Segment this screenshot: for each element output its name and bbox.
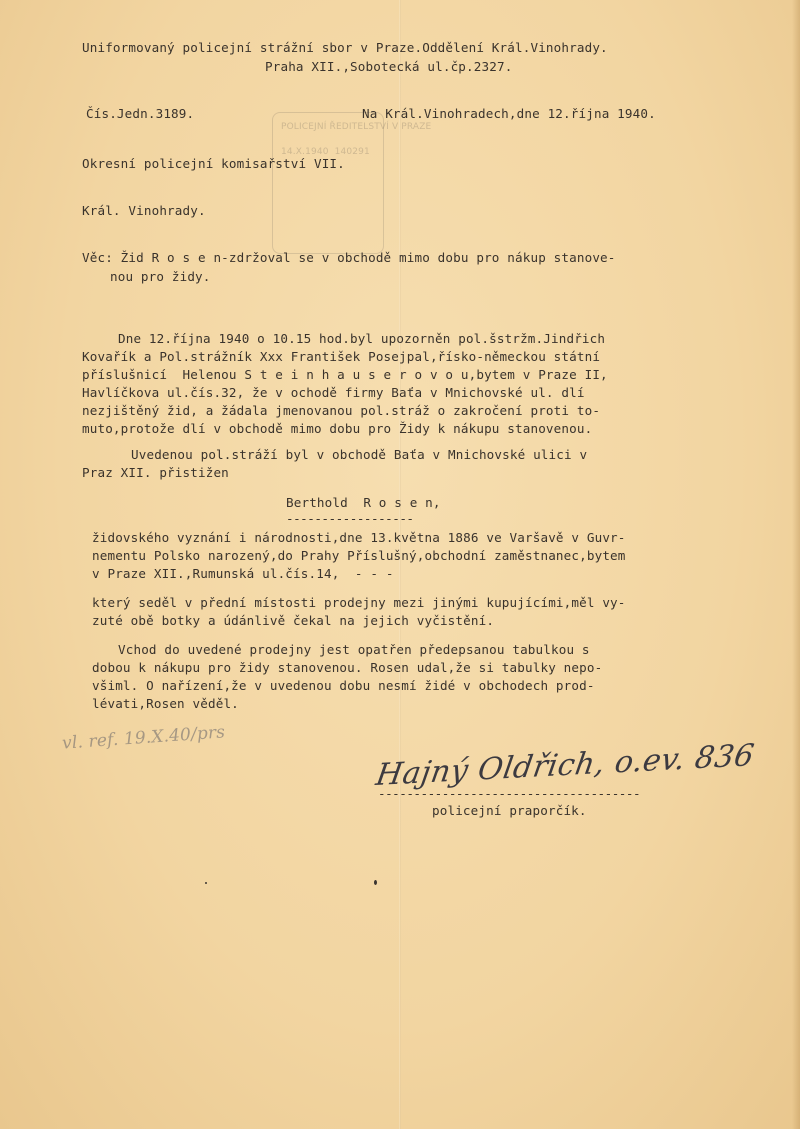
header-line-2: Praha XII.,Sobotecká ul.čp.2327.: [265, 61, 512, 74]
document-page: POLICEJNÍ ŘEDITELSTVÍ V PRAZE 14.X.1940 …: [0, 0, 800, 1129]
reference-number: Čís.Jedn.3189.: [86, 108, 194, 121]
paragraph5-line: Vchod do uvedené prodejny jest opatřen p…: [118, 644, 590, 657]
paragraph4-line: který seděl v přední místosti prodejny m…: [92, 597, 626, 610]
paper-fold: [399, 0, 401, 1129]
ink-spot: [374, 880, 377, 885]
ink-spot: [205, 882, 207, 884]
paragraph5-line: dobou k nákupu pro židy stanovenou. Rose…: [92, 662, 602, 675]
paper-edge: [792, 0, 800, 1129]
stamp-text: POLICEJNÍ ŘEDITELSTVÍ V PRAZE 14.X.1940 …: [281, 121, 377, 159]
paragraph1-line: Dne 12.října 1940 o 10.15 hod.byl upozor…: [118, 333, 605, 346]
place-date: Na Král.Vinohradech,dne 12.října 1940.: [362, 108, 656, 121]
paragraph3-line: židovského vyznání i národnosti,dne 13.k…: [92, 532, 626, 545]
paragraph5-line: lévati,Rosen věděl.: [92, 698, 239, 711]
signature-dash-line: -------------------------------------: [378, 788, 640, 801]
addressee-line-2: Král. Vinohrady.: [82, 205, 206, 218]
paragraph2-line: Praz XII. přistižen: [82, 467, 229, 480]
received-stamp: POLICEJNÍ ŘEDITELSTVÍ V PRAZE 14.X.1940 …: [272, 112, 384, 254]
subject-line-1: Věc: Žid R o s e n-zdržoval se v obchodě…: [82, 252, 616, 265]
paragraph2-line: Uvedenou pol.stráží byl v obchodě Baťa v…: [131, 449, 587, 462]
paragraph1-line: Kovařík a Pol.strážník Xxx František Pos…: [82, 351, 600, 364]
paragraph3-line: nementu Polsko narozený,do Prahy Přísluš…: [92, 550, 626, 563]
paragraph1-line: nezjištěný žid, a žádala jmenovanou pol.…: [82, 405, 600, 418]
paragraph1-line: příslušnicí Helenou S t e i n h a u s e …: [82, 369, 608, 382]
paragraph4-line: zuté obě botky a údánlivě čekal na jejic…: [92, 615, 494, 628]
paragraph5-line: všiml. O nařízení,že v uvedenou dobu nes…: [92, 680, 595, 693]
person-name-underline: ------------------: [286, 513, 413, 526]
paragraph1-line: muto,protože dlí v obchodě mimo dobu pro…: [82, 423, 592, 436]
paragraph1-line: Havlíčkova ul.čís.32, že v ochodě firmy …: [82, 387, 585, 400]
header-line-1: Uniformovaný policejní strážní sbor v Pr…: [82, 42, 608, 55]
paragraph3-line: v Praze XII.,Rumunská ul.čís.14, - - -: [92, 568, 394, 581]
signature-title: policejní praporčík.: [432, 805, 587, 818]
subject-line-2: nou pro židy.: [110, 271, 211, 284]
handwritten-note: vl. ref. 19.X.40/prs: [62, 722, 226, 753]
addressee-line-1: Okresní policejní komisařství VII.: [82, 158, 345, 171]
signature: Hajný Oldřich, o.ev. 836: [373, 738, 756, 793]
person-name: Berthold R o s e n,: [286, 497, 441, 510]
